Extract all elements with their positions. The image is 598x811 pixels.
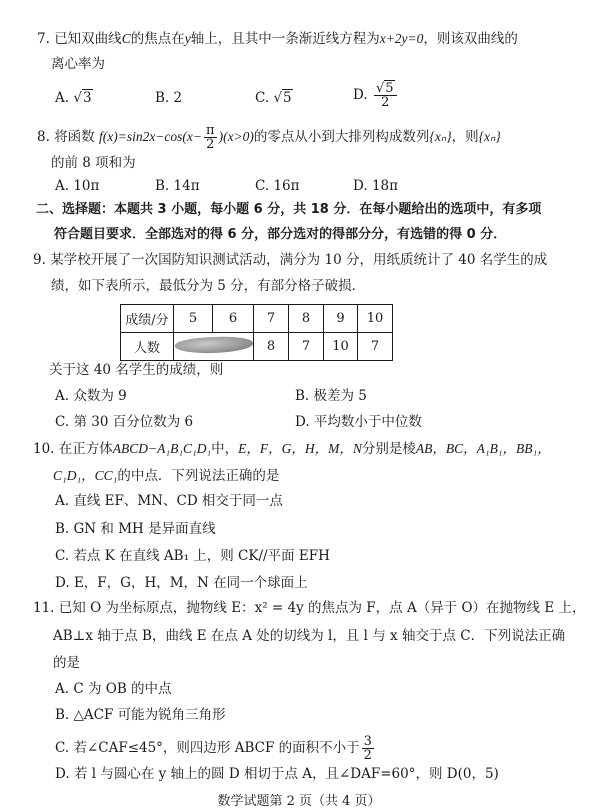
option-b: B. △ACF 可能为锐角三角形	[55, 706, 226, 724]
question-10-stem-line-1: 10. 在正方体ABCD−A₁B₁C₁D₁中，E，F，G，H，M，N分别是棱AB…	[33, 440, 551, 458]
score-table: 成绩/分 5 6 7 8 9 10 人数 8 7 10 7	[120, 304, 393, 361]
question-7-stem-line-1: 7. 已知双曲线C的焦点在y轴上，且其中一条渐近线方程为x+2y=0，则该双曲线…	[37, 30, 518, 48]
option-d: D. 若 l 与圆心在 y 轴上的圆 D 相切于点 A，且∠DAF=60°，则 …	[55, 765, 499, 783]
table-header-count: 人数	[121, 333, 174, 361]
option-a: A. 直线 EF、MN、CD 相交于同一点	[55, 492, 283, 510]
sqrt-symbol: √3	[73, 89, 92, 107]
option-a: A. 众数为 9	[55, 387, 127, 405]
option-a: A. 10π	[55, 177, 99, 195]
question-8-stem-line-2: 的前 8 项和为	[51, 154, 136, 172]
question-9-stem-line-3: 关于这 40 名学生的成绩，则	[49, 361, 223, 379]
question-11-stem-line-2: AB⊥x 轴于点 B，曲线 E 在点 A 处的切线为 l，且 l 与 x 轴交于…	[53, 627, 565, 645]
fraction-3-over-2: 32	[362, 735, 374, 762]
option-b: B. 极差为 5	[295, 387, 367, 405]
option-d: D. 平均数小于中位数	[295, 413, 422, 431]
question-9-stem-line-2: 绩，如下表所示，最低分为 5 分，有部分格子破损．	[51, 277, 365, 295]
ink-blot-damage	[174, 334, 253, 354]
table-cell: 5	[174, 305, 213, 333]
option-c: C. 若∠CAF≤45°，则四边形 ABCF 的面积不小于32	[55, 735, 376, 762]
option-c: C. 若点 K 在直线 AB₁ 上，则 CK//平面 EFH	[55, 547, 330, 565]
table-cell: 7	[254, 305, 289, 333]
table-row-counts: 人数 8 7 10 7	[121, 333, 393, 361]
option-b: B. GN 和 MH 是异面直线	[55, 520, 216, 538]
table-cell: 7	[358, 333, 393, 361]
page-footer: 数学试题第 2 页（共 4 页）	[0, 790, 598, 809]
option-d: D. √5 2	[353, 82, 399, 109]
table-cell: 7	[289, 333, 324, 361]
fraction-pi-over-2: π2	[204, 124, 217, 151]
question-number: 7.	[37, 31, 50, 47]
question-9-stem-line-1: 9. 某学校开展了一次国防知识测试活动，满分为 10 分，用纸质统计了 40 名…	[33, 251, 547, 269]
question-11-stem-line-1: 11. 已知 O 为坐标原点，抛物线 E：x² = 4y 的焦点为 F，点 A（…	[33, 599, 586, 617]
damaged-cells	[174, 333, 254, 361]
question-11-stem-line-3: 的是	[53, 654, 80, 672]
table-header-score: 成绩/分	[121, 305, 174, 333]
fraction: √5 2	[374, 82, 397, 109]
table-cell: 8	[289, 305, 324, 333]
option-d: D. E，F，G，H，M，N 在同一个球面上	[55, 574, 308, 592]
option-c: C. 16π	[255, 177, 300, 195]
question-8-stem-line-1: 8. 将函数 f(x)=sin2x−cos(x−π2)(x>0)的零点从小到大排…	[37, 124, 501, 151]
question-10-stem-line-2: C₁D₁，CC₁的中点．下列说法正确的是	[53, 467, 279, 485]
section-2-line-1: 二、选择题：本题共 3 小题，每小题 6 分，共 18 分．在每小题给出的选项中…	[36, 201, 541, 219]
option-a: A. C 为 OB 的中点	[55, 680, 172, 698]
sqrt-symbol: √5	[273, 89, 292, 107]
option-c: C. √5	[255, 89, 293, 107]
table-row-scores: 成绩/分 5 6 7 8 9 10	[121, 305, 393, 333]
option-c: C. 第 30 百分位数为 6	[55, 413, 193, 431]
option-a: A. √3	[55, 89, 93, 107]
table-cell: 8	[254, 333, 289, 361]
table-cell: 10	[358, 305, 393, 333]
table-cell: 10	[324, 333, 358, 361]
table-cell: 6	[213, 305, 254, 333]
option-b: B. 14π	[155, 177, 200, 195]
table-cell: 9	[324, 305, 358, 333]
option-b: B. 2	[155, 89, 182, 107]
option-d: D. 18π	[353, 177, 398, 195]
question-7-stem-line-2: 离心率为	[51, 55, 105, 73]
section-2-line-2: 符合题目要求．全部选对的得 6 分，部分选对的得部分分，有选错的得 0 分．	[54, 226, 506, 244]
